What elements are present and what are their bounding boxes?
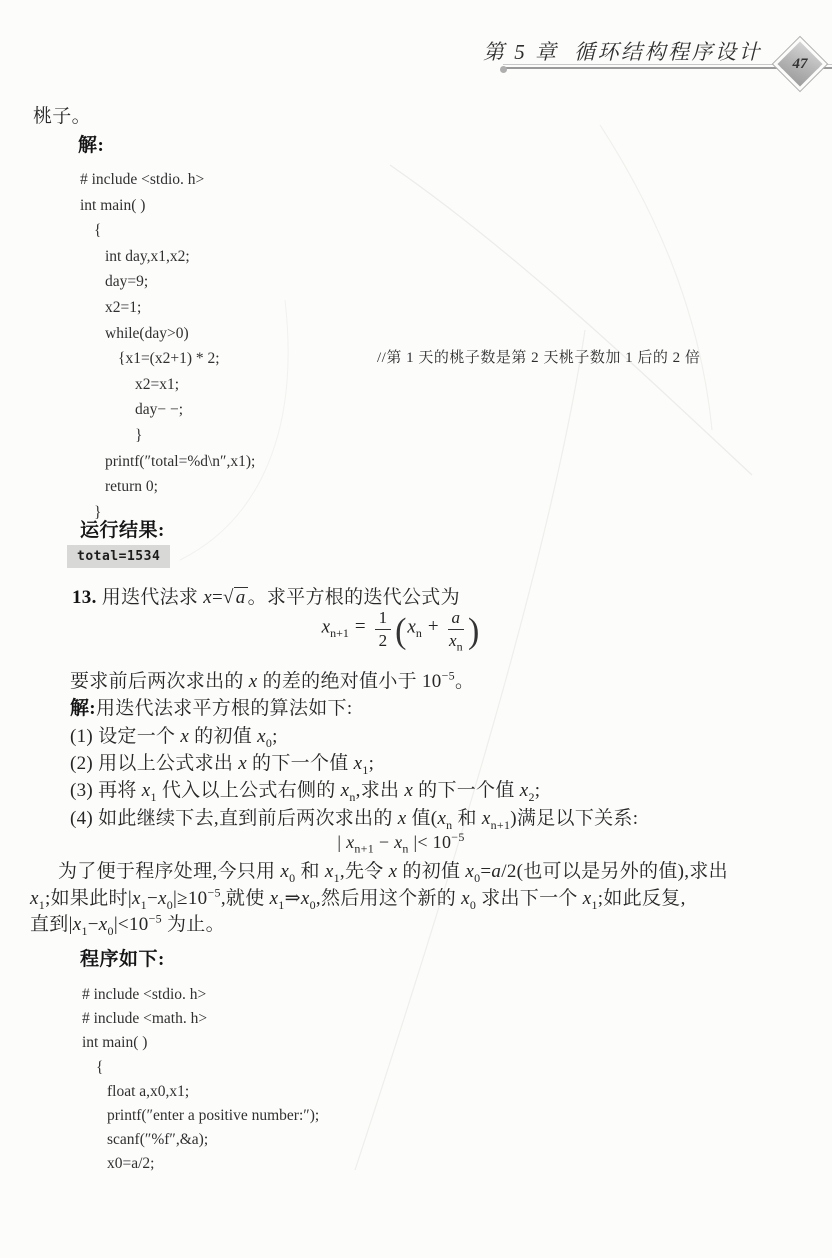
code-text: printf(″enter a positive number:″); xyxy=(107,1107,319,1124)
one-half-fraction: 12 xyxy=(375,608,392,652)
solution-2-line: 解:用迭代法求平方根的算法如下: xyxy=(70,693,352,720)
text-fragment: = xyxy=(212,587,223,608)
text-fragment: x xyxy=(249,671,258,692)
text-fragment: (2) 用以上公式求出 xyxy=(70,753,238,774)
program-label: 程序如下: xyxy=(80,944,165,971)
code-text: { xyxy=(94,222,101,239)
algorithm-step-2: (2) 用以上公式求出 x 的下一个值 x1; xyxy=(70,748,374,778)
text-fragment: a xyxy=(491,861,501,882)
algorithm-step-3: (3) 再将 x1 代入以上公式右侧的 xn,求出 x 的下一个值 x2; xyxy=(70,775,540,805)
text-fragment: 为止。 xyxy=(162,914,225,935)
text-fragment: ⇒ xyxy=(285,888,301,909)
code-line: while(day>0) xyxy=(80,321,780,347)
requirement-line: 要求前后两次求出的 x 的差的绝对值小于 10−5。 xyxy=(70,666,474,693)
text-fragment: x xyxy=(280,861,289,882)
text-fragment: 的初值 xyxy=(189,726,257,747)
text-fragment: x xyxy=(132,888,141,909)
text-fragment: ; xyxy=(369,753,375,774)
run-result-label: 运行结果: xyxy=(80,515,165,542)
code-text: scanf(″%f″,&a); xyxy=(107,1131,208,1148)
text-fragment: x xyxy=(301,888,310,909)
code-line: printf(″total=%d\n″,x1); xyxy=(80,449,780,475)
text-fragment: ,就使 xyxy=(221,888,270,909)
sqrt-expression: √a xyxy=(223,587,248,608)
equals-sign: = xyxy=(355,616,366,637)
code-line: x2=x1; xyxy=(80,372,780,398)
code-line: { xyxy=(82,1056,682,1080)
code-block-sqrt: # include <stdio. h># include <math. h>i… xyxy=(82,983,682,1177)
text-fragment: x xyxy=(437,808,446,829)
text-fragment: −5 xyxy=(442,669,455,683)
text-fragment: 的差的绝对值小于 10 xyxy=(258,671,442,692)
text-fragment: = xyxy=(480,861,491,882)
text-fragment: − xyxy=(147,888,158,909)
text-fragment: x xyxy=(30,888,39,909)
chapter-header: 第 5 章 循环结构程序设计 xyxy=(0,36,762,66)
code-block-peaches: # include <stdio. h>int main( ){int day,… xyxy=(80,167,780,525)
code-line: scanf(″%f″,&a); xyxy=(82,1128,682,1152)
explanation-line-3: 直到|x1−x0|<10−5 为止。 xyxy=(30,909,225,939)
code-line: int main( ) xyxy=(82,1031,682,1055)
page-number-badge: 47 xyxy=(772,36,822,86)
numerator: 1 xyxy=(375,608,392,630)
text-fragment: x xyxy=(465,861,474,882)
iteration-formula: xn+1=12(xn+axn) xyxy=(30,608,772,654)
code-line: x0=a/2; xyxy=(82,1152,682,1176)
code-line: return 0; xyxy=(80,474,780,500)
text-fragment: 为了便于程序处理,今只用 xyxy=(58,861,280,882)
text-fragment: − xyxy=(374,832,394,852)
text-fragment: 13. xyxy=(72,587,97,608)
code-line: x2=1; xyxy=(80,295,780,321)
text-fragment: |< 10 xyxy=(409,832,452,852)
right-paren: ) xyxy=(468,612,479,652)
code-text: day=9; xyxy=(105,273,148,290)
code-text: x0=a/2; xyxy=(107,1155,154,1172)
text-fragment: x xyxy=(404,780,413,801)
code-line: # include <math. h> xyxy=(82,1007,682,1031)
code-line: printf(″enter a positive number:″); xyxy=(82,1104,682,1128)
text-fragment: 用迭代法求 xyxy=(97,587,204,608)
text-fragment: 直到| xyxy=(30,914,73,935)
text-fragment: 的初值 xyxy=(397,861,465,882)
explanation-line-1: 为了便于程序处理,今只用 x0 和 x1,先令 x 的初值 x0=a/2(也可以… xyxy=(58,856,728,886)
frac-denominator-x: x xyxy=(449,631,457,650)
page-number: 47 xyxy=(793,56,808,73)
text-fragment: /2(也可以是另外的值),求出 xyxy=(501,861,728,882)
text-fragment: 解: xyxy=(70,698,96,719)
text-fragment: x xyxy=(238,753,247,774)
code-comment: //第 1 天的桃子数是第 2 天桃子数加 1 后的 2 倍 xyxy=(377,346,700,372)
code-text: int day,x1,x2; xyxy=(105,248,190,265)
code-text: x2=1; xyxy=(105,299,141,316)
text-fragment: −5 xyxy=(451,830,464,844)
left-paren: ( xyxy=(395,612,406,652)
text-fragment: 要求前后两次求出的 xyxy=(70,671,249,692)
a-over-xn-fraction: axn xyxy=(448,608,465,654)
text-fragment: x xyxy=(257,726,266,747)
code-line: } xyxy=(80,423,780,449)
text-fragment: 的下一个值 xyxy=(247,753,354,774)
text-fragment: x xyxy=(270,888,279,909)
code-text: int main( ) xyxy=(82,1034,147,1051)
text-fragment: ,然后用这个新的 xyxy=(316,888,461,909)
algorithm-step-4: (4) 如此继续下去,直到前后两次求出的 x 值(xn 和 xn+1)满足以下关… xyxy=(70,803,638,833)
code-text: {x1=(x2+1) * 2; xyxy=(118,350,220,367)
code-line: day− −; xyxy=(80,397,780,423)
text-fragment: )满足以下关系: xyxy=(510,808,638,829)
text-fragment: 和 xyxy=(452,808,481,829)
text-fragment: x xyxy=(142,780,151,801)
formula-lhs: x xyxy=(322,616,330,637)
code-line: { xyxy=(80,218,780,244)
convergence-relation: | xn+1 − xn |< 10−5 xyxy=(30,830,772,857)
code-line: day=9; xyxy=(80,269,780,295)
text-fragment: − xyxy=(88,914,99,935)
algorithm-step-1: (1) 设定一个 x 的初值 x0; xyxy=(70,721,278,751)
text-fragment: x xyxy=(461,888,470,909)
text-fragment: 求出下一个 xyxy=(476,888,583,909)
text-fragment: n+1 xyxy=(354,842,374,856)
text-fragment: x xyxy=(99,914,108,935)
text-fragment: | xyxy=(337,832,346,852)
text-fragment: −5 xyxy=(207,886,220,900)
text-fragment: |≥10 xyxy=(173,888,207,909)
text-fragment: x xyxy=(158,888,167,909)
code-text: while(day>0) xyxy=(105,325,189,342)
paragraph-continuation: 桃子。 xyxy=(33,101,91,128)
code-line: {x1=(x2+1) * 2;//第 1 天的桃子数是第 2 天桃子数加 1 后… xyxy=(80,346,780,372)
text-fragment: 值( xyxy=(406,808,437,829)
code-line: # include <stdio. h> xyxy=(80,167,780,193)
text-fragment: 的下一个值 xyxy=(413,780,520,801)
code-text: } xyxy=(135,427,142,444)
text-fragment: 用迭代法求平方根的算法如下: xyxy=(96,698,352,719)
code-text: { xyxy=(96,1059,103,1076)
text-fragment: 和 xyxy=(295,861,324,882)
text-fragment: ,求出 xyxy=(356,780,405,801)
text-fragment: (1) 设定一个 xyxy=(70,726,180,747)
frac-numerator-a: a xyxy=(452,608,461,627)
text-fragment: 。 xyxy=(455,671,474,692)
plus-sign: + xyxy=(428,616,439,637)
code-text: # include <stdio. h> xyxy=(82,986,206,1003)
problem-13-title: 13. 用迭代法求 x=√a。求平方根的迭代公式为 xyxy=(72,582,460,609)
header-rule-dot xyxy=(500,66,507,73)
code-text: # include <math. h> xyxy=(82,1010,207,1027)
code-text: return 0; xyxy=(105,478,158,495)
xn-term: x xyxy=(407,616,415,637)
text-fragment: (4) 如此继续下去,直到前后两次求出的 xyxy=(70,808,398,829)
frac-denominator-sub: n xyxy=(457,640,463,654)
code-text: # include <stdio. h> xyxy=(80,171,204,188)
program-output: total=1534 xyxy=(67,545,170,568)
text-fragment: ;如此反复, xyxy=(598,888,686,909)
code-text: int main( ) xyxy=(80,197,145,214)
text-fragment: ; xyxy=(272,726,278,747)
text-fragment: x xyxy=(325,861,334,882)
text-fragment: ; xyxy=(535,780,541,801)
code-line: float a,x0,x1; xyxy=(82,1080,682,1104)
text-fragment: −5 xyxy=(149,912,162,926)
text-fragment: 。求平方根的迭代公式为 xyxy=(248,587,460,608)
formula-lhs-sub: n+1 xyxy=(330,626,349,640)
book-page: 第 5 章 循环结构程序设计 47 桃子。 解: # include <stdi… xyxy=(0,0,832,1258)
text-fragment: 代入以上公式右侧的 xyxy=(157,780,341,801)
code-text: float a,x0,x1; xyxy=(107,1083,189,1100)
code-line: } xyxy=(80,500,780,526)
code-text: x2=x1; xyxy=(135,376,179,393)
denominator: 2 xyxy=(375,630,392,651)
solution-label: 解: xyxy=(78,130,104,157)
diamond-shape: 47 xyxy=(773,37,827,91)
code-text: printf(″total=%d\n″,x1); xyxy=(105,453,255,470)
text-fragment: x xyxy=(203,587,212,608)
code-line: int day,x1,x2; xyxy=(80,244,780,270)
text-fragment: (3) 再将 xyxy=(70,780,142,801)
text-fragment: x xyxy=(482,808,491,829)
code-line: int main( ) xyxy=(80,193,780,219)
text-fragment: ,先令 xyxy=(340,861,389,882)
code-text: day− −; xyxy=(135,401,183,418)
xn-sub: n xyxy=(416,626,422,640)
code-line: # include <stdio. h> xyxy=(82,983,682,1007)
text-fragment: x xyxy=(180,726,189,747)
text-fragment: ;如果此时| xyxy=(45,888,132,909)
text-fragment: |<10 xyxy=(114,914,149,935)
